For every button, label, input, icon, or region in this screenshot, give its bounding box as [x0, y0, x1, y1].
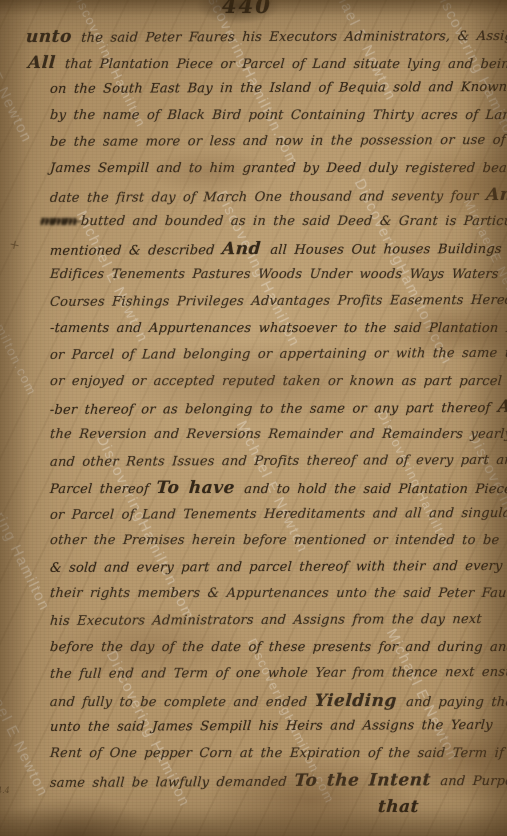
manuscript-line: same shall be lawfully demanded To the I… [0, 767, 507, 796]
manuscript-words: the full end and Term of one whole Year … [50, 665, 507, 682]
manuscript-words: To the Intent [294, 770, 441, 791]
manuscript-line: date the first day of March One thousand… [0, 181, 507, 210]
manuscript-line: the full end and Term of one whole Year … [0, 660, 507, 689]
manuscript-line: -taments and Appurtenances whatsoever to… [0, 316, 507, 343]
manuscript-line: unto the said Peter Faures his Executors… [0, 22, 507, 51]
manuscript-words: and to hold the said Plantation Piece [244, 482, 507, 497]
manuscript-words: other the Premises herein before mention… [50, 533, 507, 548]
manuscript-words: mentioned & described [49, 243, 222, 259]
manuscript-words: And [485, 184, 507, 204]
manuscript-line: Edifices Tenements Pastures Woods Under … [0, 262, 507, 289]
manuscript-line: be the same more or less and now in the … [0, 128, 507, 157]
manuscript-line: by the name of Black Bird point Containi… [0, 103, 507, 130]
manuscript-words: -ber thereof or as belonging to the same… [49, 401, 498, 418]
manuscript-line: & sold and every part and parcel thereof… [0, 554, 507, 583]
manuscript-words: and Purpose, [440, 773, 507, 788]
manuscript-words: be the same more or less and now in the … [50, 133, 507, 150]
manuscript-words: or Parcel of Land Tenements Hereditament… [50, 506, 507, 523]
manuscript-line: James Sempill and to him granted by Deed… [0, 156, 507, 183]
manuscript-line: Rent of One pepper Corn at the Expiratio… [0, 741, 507, 768]
manuscript-line: or Parcel of Land belonging or appertain… [0, 341, 507, 370]
manuscript-words: unto the said James Sempill his Heirs an… [50, 718, 494, 735]
manuscript-line: Courses Fishings Privileges Advantages P… [0, 288, 507, 317]
manuscript-words: Parcel thereof [49, 482, 156, 497]
manuscript-words: and paying therefore [406, 695, 507, 710]
manuscript-words: unto [25, 27, 82, 47]
manuscript-words: And [221, 239, 271, 259]
manuscript-line: -ber thereof or as belonging to the same… [0, 394, 507, 423]
manuscript-words: and fully to be complete and ended [49, 695, 315, 710]
manuscript-words: To have [156, 478, 245, 498]
manuscript-line: on the South East Bay in the Island of B… [0, 75, 507, 104]
manuscript-words: that Plantation Piece or Parcel of Land … [64, 57, 507, 72]
manuscript-line: All that Plantation Piece or Parcel of L… [0, 50, 507, 77]
manuscript-words: or enjoyed or accepted reputed taken or … [50, 374, 507, 389]
manuscript-words: -taments and Appurtenances whatsoever to… [50, 321, 507, 336]
manuscript-line: other the Premises herein before mention… [0, 528, 507, 555]
scribbled-out-word: mmm [40, 214, 82, 229]
page-number: 440 [222, 0, 272, 18]
manuscript-line: the Reversion and Reversions Remainder a… [0, 422, 507, 449]
manuscript-words: And [497, 397, 507, 417]
manuscript-words: by the name of Black Bird point Containi… [50, 108, 507, 123]
manuscript-words: the said Peter Faures his Executors Admi… [81, 29, 507, 46]
manuscript-line: mmm butted and bounded as in the said De… [0, 209, 507, 236]
manuscript-words: All [27, 53, 65, 73]
manuscript-words: Yielding [314, 691, 407, 711]
manuscript-words: and other Rents Issues and Profits there… [50, 452, 507, 469]
manuscript-words: all Houses Out houses Buildings Erection… [270, 241, 507, 257]
manuscript-words: butted and bounded as in the said Deed &… [80, 214, 507, 229]
manuscript-line: his Executors Administrators and Assigns… [0, 607, 507, 636]
manuscript-words: on the South East Bay in the Island of B… [50, 80, 507, 97]
manuscript-words: Rent of One pepper Corn at the Expiratio… [50, 746, 507, 761]
manuscript-words: or Parcel of Land belonging or appertain… [50, 346, 507, 363]
manuscript-words: Courses Fishings Privileges Advantages P… [50, 293, 507, 310]
manuscript-line: and other Rents Issues and Profits there… [0, 447, 507, 476]
manuscript-line: that [0, 794, 507, 821]
manuscript-words: the Reversion and Reversions Remainder a… [50, 427, 507, 442]
manuscript-words: James Sempill and to him granted by Deed… [50, 161, 507, 176]
manuscript-text: unto the said Peter Faures his Executors… [0, 23, 507, 821]
manuscript-line: their rights members & Appurtenances unt… [0, 581, 507, 608]
manuscript-line: or Parcel of Land Tenements Hereditament… [0, 501, 507, 530]
manuscript-line: or enjoyed or accepted reputed taken or … [0, 369, 507, 396]
manuscript-line: Parcel thereof To have and to hold the s… [0, 475, 507, 502]
manuscript-line: unto the said James Sempill his Heirs an… [0, 713, 507, 742]
manuscript-line: before the day of the date of these pres… [0, 635, 507, 662]
manuscript-words: their rights members & Appurtenances unt… [50, 586, 507, 601]
manuscript-words: same shall be lawfully demanded [49, 774, 294, 790]
manuscript-words: & sold and every part and parcel thereof… [50, 559, 507, 576]
manuscript-words: date the first day of March One thousand… [49, 189, 486, 206]
manuscript-words: that [377, 797, 419, 817]
manuscript-words: Edifices Tenements Pastures Woods Under … [50, 267, 507, 282]
manuscript-words: his Executors Administrators and Assigns… [50, 612, 483, 629]
manuscript-line: mentioned & described And all Houses Out… [0, 235, 507, 264]
manuscript-page: Michael E NewtonDiscovering HamiltonDisc… [0, 0, 507, 836]
manuscript-words: before the day of the date of these pres… [50, 640, 507, 655]
manuscript-line: and fully to be complete and ended Yield… [0, 688, 507, 715]
